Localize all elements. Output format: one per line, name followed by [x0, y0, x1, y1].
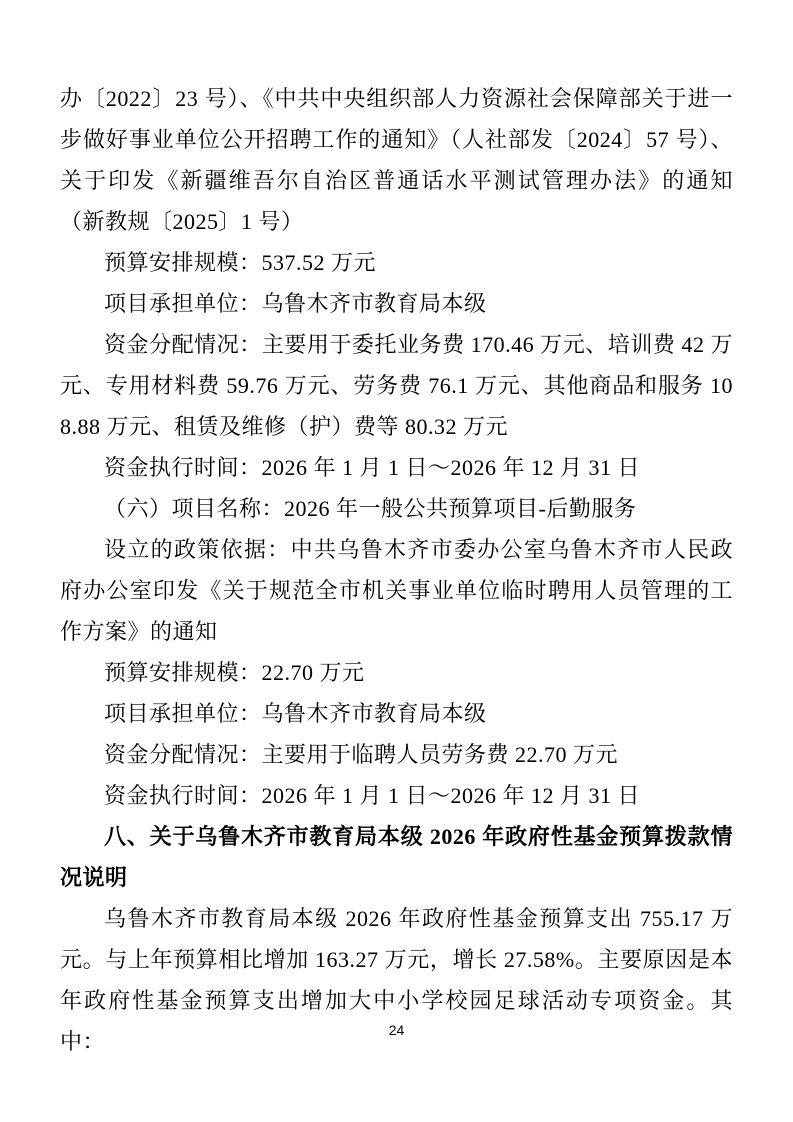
paragraph-undertaking-unit-project6: 项目承担单位：乌鲁木齐市教育局本级	[60, 693, 733, 734]
section-heading-gov-fund-budget: 八、关于乌鲁木齐市教育局本级 2026 年政府性基金预算拨款情况说明	[60, 816, 733, 898]
paragraph-budget-scale-project5: 预算安排规模：537.52 万元	[60, 242, 733, 283]
document-page: 办〔2022〕23 号）、《中共中央组织部人力资源社会保障部关于进一步做好事业单…	[0, 0, 793, 1122]
paragraph-fund-allocation-project6: 资金分配情况：主要用于临聘人员劳务费 22.70 万元	[60, 734, 733, 775]
page-footer: 24	[0, 1022, 793, 1040]
paragraph-undertaking-unit-project5: 项目承担单位：乌鲁木齐市教育局本级	[60, 283, 733, 324]
paragraph-project6-name: （六）项目名称：2026 年一般公共预算项目-后勤服务	[60, 488, 733, 529]
paragraph-budget-scale-project6: 预算安排规模：22.70 万元	[60, 652, 733, 693]
paragraph-fund-allocation-project5: 资金分配情况：主要用于委托业务费 170.46 万元、培训费 42 万元、专用材…	[60, 324, 733, 447]
paragraph-execution-period-project5: 资金执行时间：2026 年 1 月 1 日～2026 年 12 月 31 日	[60, 447, 733, 488]
page-number: 24	[389, 1022, 405, 1038]
paragraph-policy-basis-project6: 设立的政策依据：中共乌鲁木齐市委办公室乌鲁木齐市人民政府办公室印发《关于规范全市…	[60, 529, 733, 652]
paragraph-policy-basis-continuation: 办〔2022〕23 号）、《中共中央组织部人力资源社会保障部关于进一步做好事业单…	[60, 78, 733, 242]
paragraph-execution-period-project6: 资金执行时间：2026 年 1 月 1 日～2026 年 12 月 31 日	[60, 775, 733, 816]
document-body: 办〔2022〕23 号）、《中共中央组织部人力资源社会保障部关于进一步做好事业单…	[60, 78, 733, 1062]
